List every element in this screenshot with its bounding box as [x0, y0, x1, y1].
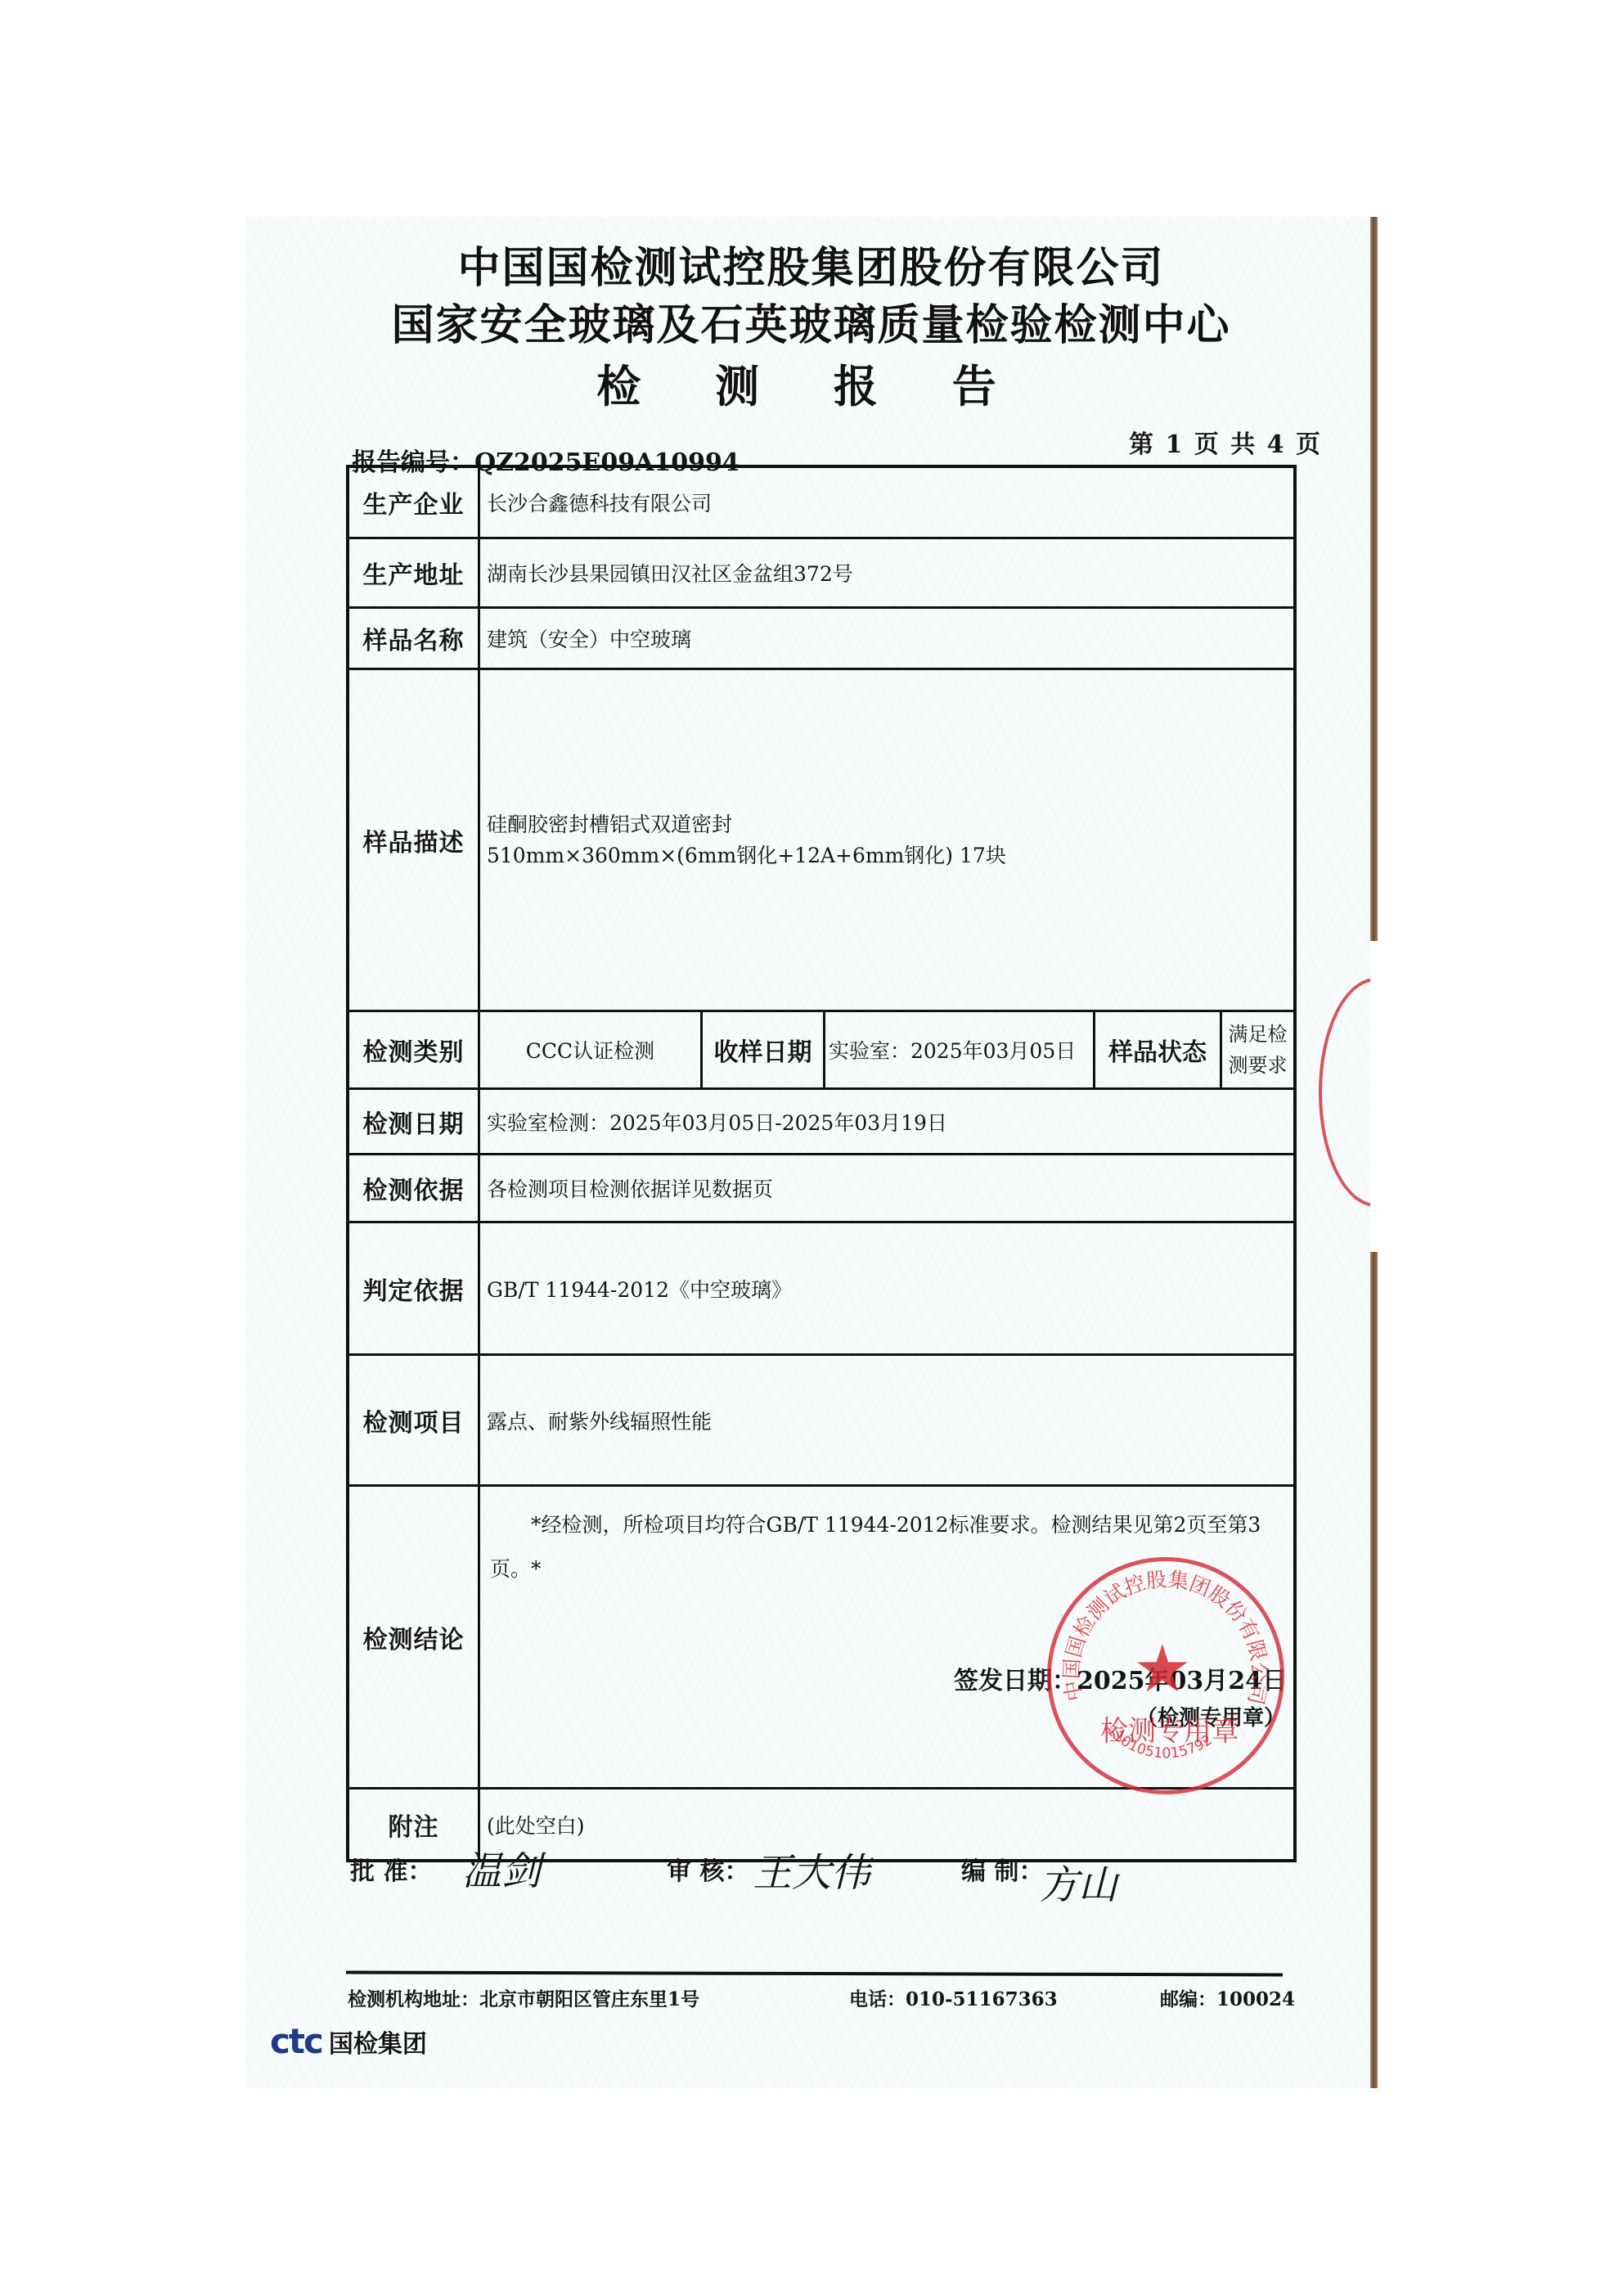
ctc-logo-mark-icon: ctc [270, 2021, 322, 2061]
remarks-label: 附注 [349, 1790, 480, 1859]
sample-status-value: 满足检测要求 [1222, 1012, 1293, 1087]
row-test-date: 检测日期 实验室检测：2025年03月05日-2025年03月19日 [349, 1090, 1293, 1155]
review-signature: 王大伟 [753, 1841, 870, 1898]
approve-label: 批 准： [350, 1851, 432, 1887]
test-basis-label: 检测依据 [349, 1155, 480, 1221]
receive-date-label: 收样日期 [703, 1012, 825, 1087]
document-title: 检 测 报 告 [245, 352, 1377, 415]
row-address: 生产地址 湖南长沙县果园镇田汉社区金盆组372号 [349, 539, 1293, 609]
center-title: 国家安全玻璃及石英玻璃质量检验检测中心 [245, 290, 1377, 352]
official-seal: 中国国检测试控股集团股份有限公司 1101051015792 ★ 检测专用章 [1047, 1557, 1284, 1794]
address-value: 湖南长沙县果园镇田汉社区金盆组372号 [480, 539, 1293, 606]
compile-label: 编 制： [961, 1851, 1043, 1887]
footer-address: 检测机构地址：北京市朝阳区管庄东里1号 [348, 1984, 699, 2011]
test-items-label: 检测项目 [349, 1356, 480, 1484]
review-label: 审 核： [667, 1851, 749, 1887]
seal-center-text: 检测专用章 [1092, 1708, 1248, 1749]
ctc-logo: ctc 国检集团 [270, 2021, 427, 2061]
judge-basis-label: 判定依据 [349, 1223, 480, 1353]
conclusion-label: 检测结论 [349, 1487, 480, 1787]
company-title: 中国国检测试控股集团股份有限公司 [245, 233, 1377, 295]
address-label: 生产地址 [349, 539, 480, 606]
seal-star-icon: ★ [1133, 1636, 1192, 1702]
row-judge-basis: 判定依据 GB/T 11944-2012《中空玻璃》 [349, 1223, 1293, 1356]
receive-date-value: 实验室：2025年03月05日 [825, 1012, 1095, 1087]
approve-signature: 温剑 [462, 1839, 541, 1896]
test-items-value: 露点、耐紫外线辐照性能 [480, 1356, 1293, 1484]
test-date-label: 检测日期 [349, 1090, 480, 1153]
row-test-items: 检测项目 露点、耐紫外线辐照性能 [349, 1356, 1293, 1487]
test-type-value: CCC认证检测 [480, 1012, 703, 1087]
sample-desc-value: 硅酮胶密封槽铝式双道密封 510mm×360mm×(6mm钢化+12A+6mm钢… [480, 670, 1293, 1010]
producer-label: 生产企业 [349, 468, 480, 537]
compile-signature: 方山 [1039, 1853, 1117, 1910]
footer-postcode: 邮编：100024 [1160, 1984, 1295, 2011]
row-sample-desc: 样品描述 硅酮胶密封槽铝式双道密封 510mm×360mm×(6mm钢化+12A… [349, 670, 1293, 1012]
test-type-label: 检测类别 [349, 1012, 480, 1087]
row-test-type: 检测类别 CCC认证检测 收样日期 实验室：2025年03月05日 样品状态 满… [349, 1012, 1293, 1090]
test-date-value: 实验室检测：2025年03月05日-2025年03月19日 [480, 1090, 1293, 1153]
sample-desc-label: 样品描述 [349, 670, 480, 1010]
test-basis-value: 各检测项目检测依据详见数据页 [480, 1155, 1293, 1221]
row-sample-name: 样品名称 建筑（安全）中空玻璃 [349, 609, 1293, 670]
footer-phone: 电话：010-51167363 [849, 1984, 1058, 2011]
sample-desc-line1: 硅酮胶密封槽铝式双道密封 [487, 809, 732, 840]
sample-name-value: 建筑（安全）中空玻璃 [480, 609, 1293, 668]
row-test-basis: 检测依据 各检测项目检测依据详见数据页 [349, 1155, 1293, 1223]
row-producer: 生产企业 长沙合鑫德科技有限公司 [349, 468, 1293, 539]
sample-status-label: 样品状态 [1095, 1012, 1222, 1087]
sample-desc-line2: 510mm×360mm×(6mm钢化+12A+6mm钢化) 17块 [487, 840, 1006, 871]
ctc-logo-name: 国检集团 [329, 2024, 427, 2060]
producer-value: 长沙合鑫德科技有限公司 [480, 468, 1293, 537]
judge-basis-value: GB/T 11944-2012《中空玻璃》 [480, 1223, 1293, 1353]
page-indicator: 第 1 页 共 4 页 [1129, 424, 1320, 460]
remarks-value: (此处空白) [480, 1790, 1293, 1859]
sample-name-label: 样品名称 [349, 609, 480, 668]
